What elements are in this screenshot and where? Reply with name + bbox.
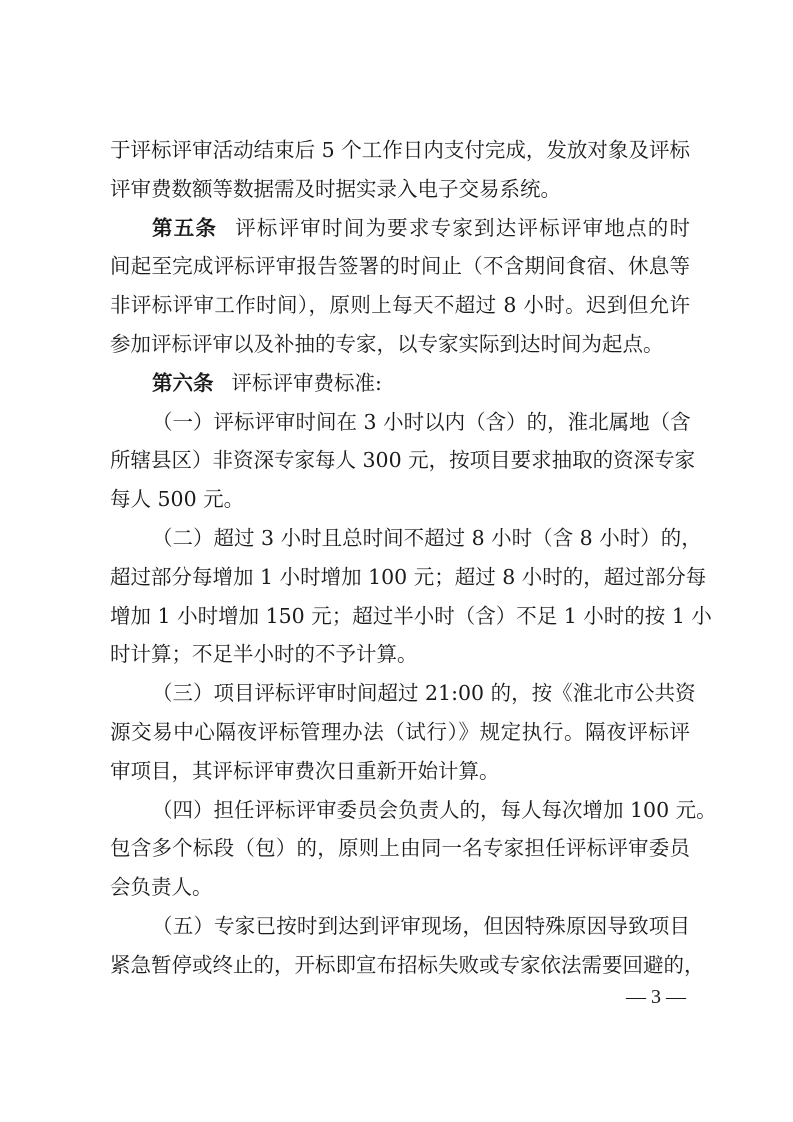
text-line: （二）超过 3 小时且总时间不超过 8 小时（含 8 小时）的， (110, 519, 690, 558)
text-line: 紧急暂停或终止的，开标即宣布招标失败或专家依法需要回避的， (110, 946, 690, 985)
document-body: 于评标评审活动结束后 5 个工作日内支付完成，发放对象及评标 评审费数额等数据需… (110, 131, 690, 985)
text-line: 源交易中心隔夜评标管理办法（试行）》规定执行。隔夜评标评 (110, 713, 690, 752)
text-line: 评标评审费标准: (232, 371, 382, 395)
text-line: 所辖县区）非资深专家每人 300 元，按项目要求抽取的资深专家 (110, 441, 690, 480)
text-line: （四）担任评标评审委员会负责人的，每人每次增加 100 元。 (110, 791, 690, 830)
text-line: 评标评审时间为要求专家到达评标评审地点的时 (235, 216, 690, 240)
article-label: 第六条 (152, 371, 214, 395)
text-line: （三）项目评标评审时间超过 21:00 的，按《淮北市公共资 (110, 674, 690, 713)
page-number: — 3 — (620, 986, 692, 1009)
text-line: （一）评标评审时间在 3 小时以内（含）的，淮北属地（含 (110, 403, 690, 442)
text-line: 参加评标评审以及补抽的专家，以专家实际到达时间为起点。 (110, 325, 690, 364)
text-line: 每人 500 元。 (110, 480, 690, 519)
article-5-heading-line: 第五条评标评审时间为要求专家到达评标评审地点的时 (110, 209, 690, 248)
text-line: 非评标评审工作时间），原则上每天不超过 8 小时。迟到但允许 (110, 286, 690, 325)
article-6-heading-line: 第六条评标评审费标准: (110, 364, 690, 403)
text-line: 于评标评审活动结束后 5 个工作日内支付完成，发放对象及评标 (110, 131, 690, 170)
text-line: 时计算；不足半小时的不予计算。 (110, 635, 690, 674)
text-line: 包含多个标段（包）的，原则上由同一名专家担任评标评审委员 (110, 829, 690, 868)
document-page: 于评标评审活动结束后 5 个工作日内支付完成，发放对象及评标 评审费数额等数据需… (0, 0, 793, 1122)
text-line: 审项目，其评标评审费次日重新开始计算。 (110, 752, 690, 791)
article-label: 第五条 (152, 216, 217, 240)
text-line: （五）专家已按时到达到评审现场，但因特殊原因导致项目 (110, 907, 690, 946)
text-line: 评审费数额等数据需及时据实录入电子交易系统。 (110, 170, 690, 209)
text-line: 增加 1 小时增加 150 元；超过半小时（含）不足 1 小时的按 1 小 (110, 597, 690, 636)
text-line: 间起至完成评标评审报告签署的时间止（不含期间食宿、休息等 (110, 247, 690, 286)
text-line: 超过部分每增加 1 小时增加 100 元；超过 8 小时的，超过部分每 (110, 558, 690, 597)
text-line: 会负责人。 (110, 868, 690, 907)
